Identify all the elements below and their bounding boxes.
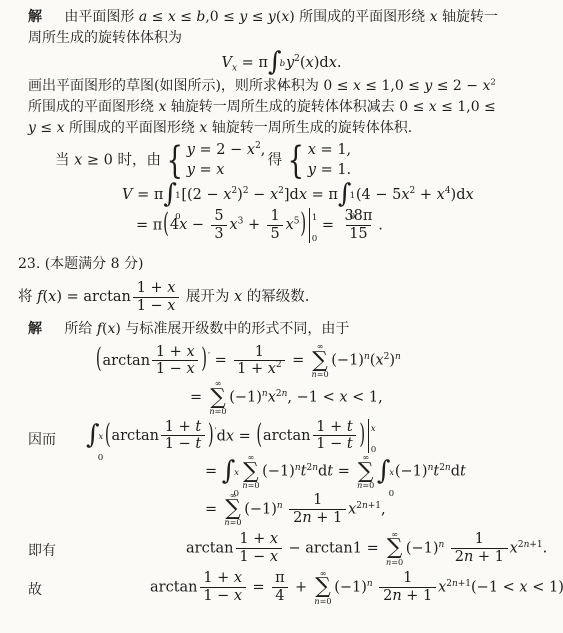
equation-volume-integral: V = π∫10[(2 − x2)2 − x2]dx = π∫10(4 − 5x… [0,183,563,206]
slo: n=0 [209,407,226,416]
num: 1 [267,208,283,225]
bpp: ) [207,423,215,450]
equation-volume-formula: Vx = π∫bay2(x)dx. [0,51,563,74]
csrow: y = 2 − x2, [187,141,266,161]
fraction: 1 + t1 − t [161,419,205,453]
fraction: π4 [271,570,288,604]
num: 1 [471,531,487,548]
fraction: 1 + x1 − x [152,344,198,378]
equation-system-of-curves: 当 x ≥ 0 时，由{y = 2 − x2,y = x得{x = 1,y = … [0,141,563,180]
sg: ∑ [312,352,328,370]
bpc: 4x − 53x3 + 15x5 [170,208,300,242]
superscript: n [364,352,370,362]
bpc: arctan1 + x1 − x [103,344,201,378]
den: 4 [272,587,288,605]
den: 1 + x2 [234,360,286,378]
slo: n=0 [242,481,259,490]
ilo: 0 [350,207,356,228]
superscript: n [367,579,373,589]
paragraph-text: 周所生成的旋转体体积为 [0,28,563,49]
il: x0 [98,427,104,446]
slo: n=0 [224,518,241,527]
superscript: 2 [243,186,249,196]
document-page: 解由平面图形 a ≤ x ≤ b,0 ≤ y ≤ y(x) 所围成的平面图形绕 … [0,0,563,633]
connective-row: 因而 ∫x0(arctan1 + t1 − t)′dx = (arctan1 +… [0,419,563,454]
superscript: 3 [238,217,244,227]
fraction: 1 + x1 − x [236,531,282,565]
slo: n=0 [357,481,374,490]
superscript: 2n+1 [446,579,471,589]
den: 1 − x [200,587,246,605]
bpp: ) [359,423,367,450]
summation: ∞∑n=0 [386,530,403,567]
den: 1 − x [236,548,282,566]
den: 2n + 1 [289,509,345,527]
csr: x = 1,y = 1. [308,141,351,180]
den: 3 [211,225,227,243]
ilo: 0 [175,207,181,228]
bpp: ) [299,212,307,239]
bpp: ( [255,423,263,450]
connective-word: 即有 [0,530,86,562]
fraction: 12n + 1 [451,531,507,565]
superscript: ′ [208,352,210,362]
num: 1 [251,344,267,361]
superscript: 2n [439,463,451,473]
bpp: ( [162,212,170,239]
solve-label: 解 [28,321,42,337]
sg: ∑ [387,539,403,557]
superscript: ′ [215,427,217,437]
superscript: n [439,539,445,549]
csrow: y = x [187,161,225,181]
fraction: 53 [211,208,227,242]
csb: { [288,145,304,176]
fraction: 38π15 [341,208,376,242]
connective-word: 因而 [0,419,86,451]
den: 1 − t [313,435,357,453]
integral: ∫ba [268,51,285,74]
bpp: ( [95,347,103,374]
equation-integral-eval: ∫x0(arctan1 + t1 − t)′dx = (arctan1 + t1… [86,419,563,454]
num: 38π [341,208,376,225]
ihi: x [389,463,394,484]
den: 2n + 1 [379,587,435,605]
paragraph-text: y ≤ x 所围成的平面图形绕 x 轴旋转一周所生成的旋转体体积. [0,118,563,139]
evaluation-bar: x0 [368,419,376,454]
den: 1 − x [133,297,179,315]
superscript: 4 [445,186,451,196]
fraction: 12n + 1 [289,492,345,526]
integral: ∫10 [163,183,180,206]
evhi: 1 [312,208,318,229]
csb: { [167,145,183,176]
equation-derivative-series: (arctan1 + x1 − x)′ = 11 + x2 = ∞∑n=0(−1… [0,342,563,379]
summation: ∞∑n=0 [242,453,259,490]
big-paren-group: (arctan1 + t1 − t) [255,419,366,453]
den: 1 − x [152,360,198,378]
cases-brace-group: {y = 2 − x2,y = x [163,141,265,180]
integral: ∫x0 [86,424,103,447]
integral: ∫x0 [377,460,394,483]
fraction: 12n + 1 [379,570,435,604]
num: 1 [309,492,325,509]
fraction: 15 [267,208,283,242]
fraction: 1 + x1 − x [133,280,179,314]
den: 5 [267,225,283,243]
num: 1 + x [152,344,198,361]
problem-23: 23. (本题满分 8 分) 将 f(x) = arctan1 + x1 − x… [0,254,563,606]
ihi: 1 [175,186,181,207]
superscript: 2 [278,186,284,196]
superscript: 2n [276,389,288,399]
superscript: n [277,500,283,510]
problem-statement: 将 f(x) = arctan1 + x1 − x 展开为 x 的幂级数. [0,280,563,314]
big-paren-group: (arctan1 + t1 − t) [104,419,215,453]
summation: ∞∑n=0 [209,379,226,416]
num: 1 + t [313,419,357,436]
superscript: 2 [294,54,300,64]
fraction: 1 + t1 − t [313,419,357,453]
superscript: 2 [231,186,237,196]
slo: n=0 [386,558,403,567]
superscript: 2 [255,142,261,152]
csrow: x = 1, [308,141,351,161]
slo: n=0 [311,370,328,379]
fraction: 11 + x2 [234,344,286,378]
problem-22-solution: 解由平面图形 a ≤ x ≤ b,0 ≤ y ≤ y(x) 所围成的平面图形绕 … [0,7,563,243]
summation: ∞∑n=0 [357,453,374,490]
evhi: x [371,419,377,440]
solution-first-line: 解由平面图形 a ≤ x ≤ b,0 ≤ y ≤ y(x) 所围成的平面图形绕 … [0,7,563,28]
superscript: 2n+1 [518,539,543,549]
ihi: x [234,463,239,484]
num: π [271,570,288,587]
ihi: x [98,427,103,448]
ilo: 0 [233,484,239,505]
subscript: x [232,64,237,74]
superscript: 2 [490,78,496,88]
superscript: 2 [410,186,416,196]
connective-word: 故 [0,569,86,601]
num: 5 [211,208,227,225]
bpp: ( [104,423,112,450]
connective-row: 故 arctan1 + x1 − x = π4 + ∞∑n=0(−1)n 12n… [0,569,563,606]
csr: y = 2 − x2,y = x [187,141,266,180]
il: 10 [175,186,181,205]
il: 10 [350,186,356,205]
integral: ∫10 [338,183,355,206]
ilo: a [280,75,285,96]
bpp: ) [200,347,208,374]
sg: ∑ [243,463,259,481]
ihi: 1 [350,186,356,207]
superscript: 2 [384,352,390,362]
csrow: y = 1. [308,161,351,181]
connective-row: 即有 arctan1 + x1 − x − arctan1 = ∞∑n=0(−1… [0,530,563,567]
integral: ∫x0 [222,460,239,483]
fraction: 1 + x1 − x [200,570,246,604]
ilo: 0 [98,448,104,469]
superscript: 2 [276,360,282,370]
paragraph-text: 所围成的平面图形绕 x 轴旋转一周所生成的旋转体体积减去 0 ≤ x ≤ 1,0… [0,97,563,118]
superscript: n [395,352,401,362]
superscript: 2n [306,463,318,473]
solve-label: 解 [28,9,42,25]
equation-series-result: = ∞∑n=0(−1)n 12n + 1x2n+1, [0,491,563,528]
den: 2n + 1 [451,548,507,566]
solution-intro-line: 解所给 f(x) 与标准展开级数中的形式不同，由于 [0,319,563,340]
il: x0 [233,463,239,482]
num: 1 [399,570,415,587]
paragraph-text: 由平面图形 a ≤ x ≤ b,0 ≤ y ≤ y(x) 所围成的平面图形绕 x… [64,9,498,25]
big-paren-group: (arctan1 + x1 − x) [95,344,208,378]
bpc: arctan1 + t1 − t [111,419,207,453]
equation-termwise-integration: = ∫x0∞∑n=0(−1)nt2ndt = ∞∑n=0∫x0(−1)nt2nd… [0,453,563,490]
num: 1 + x [236,531,282,548]
sg: ∑ [315,578,331,596]
summation: ∞∑n=0 [311,342,328,379]
evl: x0 [369,419,376,454]
il: x0 [389,463,395,482]
superscript: 2n+1 [356,500,381,510]
paragraph-text: 所给 f(x) 与标准展开级数中的形式不同，由于 [64,321,349,337]
ilo: 0 [389,484,395,505]
evaluation-bar: 10 [309,208,317,243]
ihi: b [280,54,286,75]
den: 1 − t [161,435,205,453]
summation: ∞∑n=0 [314,569,331,606]
slo: n=0 [314,597,331,606]
big-paren-group: (4x − 53x3 + 15x5) [162,208,307,242]
evlo: 0 [312,229,318,250]
equation-final-expansion: arctan1 + x1 − x = π4 + ∞∑n=0(−1)n 12n +… [86,569,563,606]
bpc: arctan1 + t1 − t [263,419,359,453]
sg: ∑ [210,389,226,407]
equation-arctan-difference: arctan1 + x1 − x − arctan1 = ∞∑n=0(−1)n … [86,530,547,567]
il: ba [280,54,286,73]
num: 1 + x [200,570,246,587]
equation-volume-result: = π(4x − 53x3 + 15x5)10 = 38π15. [0,208,563,243]
num: 1 + t [161,419,205,436]
equation-series-x2n: = ∞∑n=0(−1)nx2n, −1 < x < 1, [0,379,563,416]
evl: 10 [310,208,317,243]
problem-number-heading: 23. (本题满分 8 分) [0,254,563,275]
sg: ∑ [358,463,374,481]
cases-brace-group: {x = 1,y = 1. [284,141,351,180]
num: 1 + x [133,280,179,297]
